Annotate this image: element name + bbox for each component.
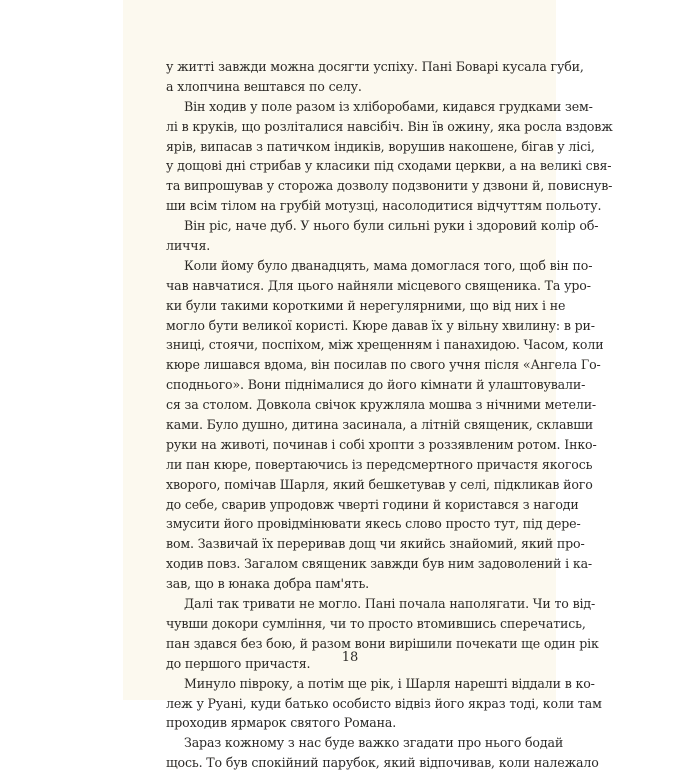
text-line: та випрошував у сторожа дозволу подзвони…: [166, 176, 538, 196]
text-line: ся за столом. Довкола свічок кружляла мо…: [166, 395, 538, 415]
text-line: леж у Руані, куди батько особисто відвіз…: [166, 694, 538, 701]
text-line: ярів, випасав з патичком індиків, воруши…: [166, 137, 538, 157]
text-line: чав навчатися. Для цього найняли місцево…: [166, 276, 538, 296]
page-body-text: у житті завжди можна досягти успіху. Пан…: [166, 57, 538, 700]
text-line: Він ріс, наче дуб. У нього були сильні р…: [166, 216, 538, 236]
text-line: Коли йому було дванадцять, мама домоглас…: [166, 256, 538, 276]
text-line: споднього». Вони піднімалися до його кім…: [166, 375, 538, 395]
text-line: ходив повз. Загалом священик завжди був …: [166, 554, 538, 574]
text-line: ки були такими короткими й нерегулярними…: [166, 296, 538, 316]
text-line: личчя.: [166, 236, 538, 256]
paragraph: Він ріс, наче дуб. У нього були сильні р…: [166, 216, 538, 256]
text-line: могло бути великої користі. Кюре давав ї…: [166, 316, 538, 336]
text-line: зав, що в юнака добра пам'ять.: [166, 574, 538, 594]
text-line: у дощові дні стрибав у класики під схода…: [166, 156, 538, 176]
page-number: 18: [0, 650, 700, 665]
text-line: до себе, сварив упродовж чверті години й…: [166, 495, 538, 515]
paragraph: Коли йому було дванадцять, мама домоглас…: [166, 256, 538, 594]
text-line: ши всім тілом на грубій мотузці, насолод…: [166, 196, 538, 216]
paragraph: Минуло півроку, а потім ще рік, і Шарля …: [166, 674, 538, 700]
paragraph: Він ходив у поле разом із хліборобами, к…: [166, 97, 538, 216]
text-line: руки на животі, починав і собі хропти з …: [166, 435, 538, 455]
text-line: хворого, помічав Шарля, який бешкетував …: [166, 475, 538, 495]
text-line: зниці, стоячи, поспіхом, між хрещенням і…: [166, 335, 538, 355]
text-line: чувши докори сумління, чи то просто втом…: [166, 614, 538, 634]
text-line: а хлопчина вештався по селу.: [166, 77, 538, 97]
text-line: Далі так тривати не могло. Пані почала н…: [166, 594, 538, 614]
text-line: вом. Зазвичай їх переривав дощ чи якийсь…: [166, 534, 538, 554]
text-line: ками. Було душно, дитина засинала, а літ…: [166, 415, 538, 435]
paragraph: у житті завжди можна досягти успіху. Пан…: [166, 57, 538, 97]
text-line: Він ходив у поле разом із хліборобами, к…: [166, 97, 538, 117]
text-line: Минуло півроку, а потім ще рік, і Шарля …: [166, 674, 538, 694]
text-line: кюре лишався вдома, він посилав по свого…: [166, 355, 538, 375]
text-line: лі в круків, що розліталися навсібіч. Ві…: [166, 117, 538, 137]
text-line: змусити його провідмінювати якесь слово …: [166, 514, 538, 534]
text-line: ли пан кюре, повертаючись із передсмертн…: [166, 455, 538, 475]
text-line: у житті завжди можна досягти успіху. Пан…: [166, 57, 538, 77]
